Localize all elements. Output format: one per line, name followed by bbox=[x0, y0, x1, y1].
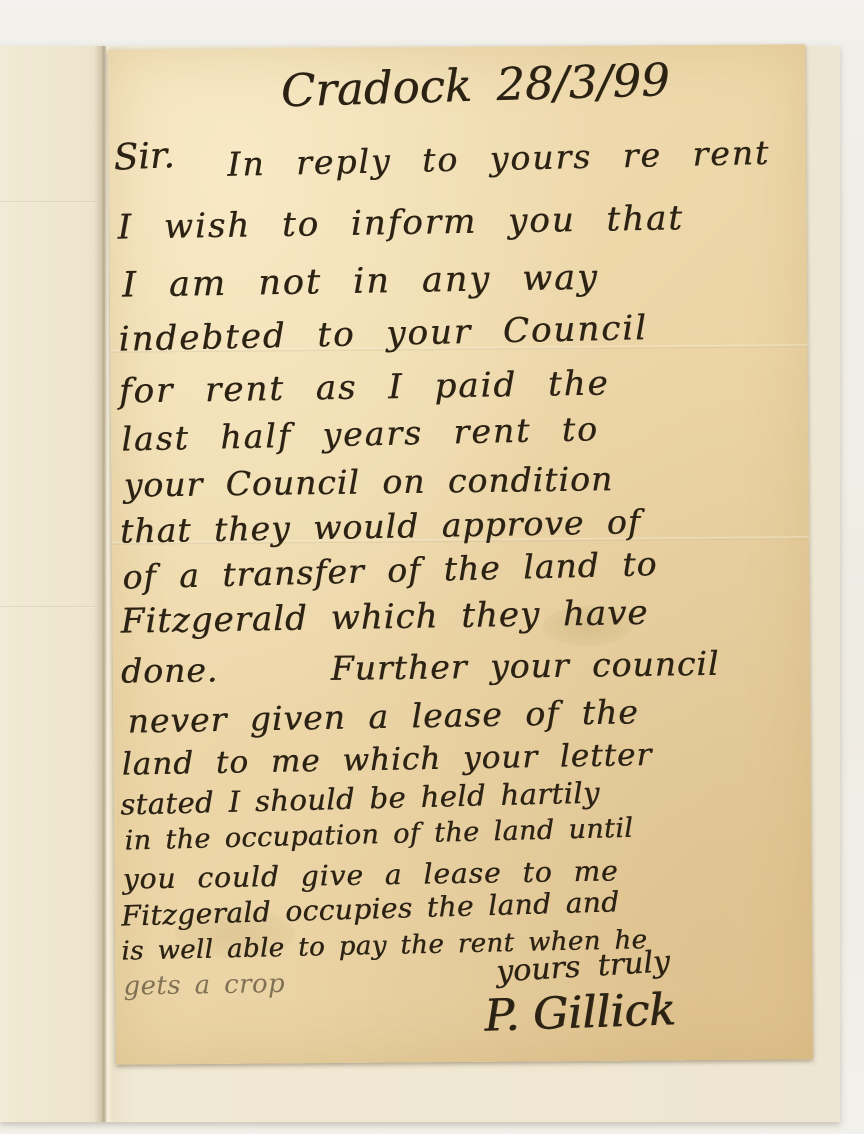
letter-line: that they would approve of bbox=[120, 502, 642, 551]
letter-line: your Council on condition bbox=[123, 459, 613, 504]
scanned-letter-photo: Cradock 28/3/99 Sir. In reply to yours r… bbox=[0, 0, 864, 1134]
letter-line: indebted to your Council bbox=[118, 308, 648, 360]
crease-line bbox=[0, 606, 96, 608]
letter-line: gets a crop bbox=[123, 969, 285, 1002]
salutation: Sir. bbox=[113, 135, 176, 179]
letter-line: for rent as I paid the bbox=[119, 364, 610, 412]
letter-line: Fitzgerald which they have bbox=[120, 593, 648, 642]
crease-line bbox=[0, 201, 96, 203]
letter-line: of a transfer of the land to bbox=[122, 544, 658, 597]
letter-line: I wish to inform you that bbox=[117, 198, 684, 247]
dateline: Cradock 28/3/99 bbox=[280, 53, 670, 117]
letter-line: done. Further your council bbox=[121, 644, 720, 691]
letter-line: In reply to yours re rent bbox=[227, 133, 771, 184]
letter-line: last half years rent to bbox=[121, 409, 599, 458]
letter-card: Cradock 28/3/99 Sir. In reply to yours r… bbox=[108, 44, 813, 1064]
signature: P. Gillick bbox=[483, 984, 676, 1041]
letter-line: never given a lease of the bbox=[127, 692, 639, 740]
letter-line: I am not in any way bbox=[122, 258, 599, 306]
